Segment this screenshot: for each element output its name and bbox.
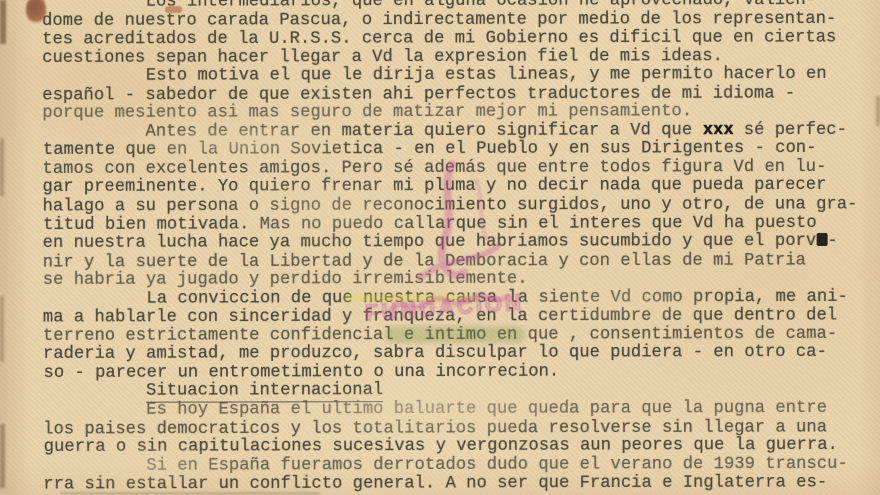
edge-stain bbox=[0, 0, 6, 44]
line-text: - bbox=[827, 232, 837, 251]
text-line: tes acreditados de la U.R.S.S. cerca de … bbox=[42, 29, 857, 50]
scanned-letter-page: Los intermediarios, que en alguna ocasio… bbox=[0, 0, 880, 495]
text-line: titud bien motivada. Mas no puedo callar… bbox=[43, 214, 858, 235]
line-text: en nuestra lucha hace ya mucho tiempo qu… bbox=[43, 232, 817, 253]
text-line: porque mesiento asi mas seguro de matiza… bbox=[42, 103, 857, 124]
text-line: tamos con excelentes amigos. Pero sé ade… bbox=[42, 159, 857, 180]
text-line: terreno estrictamente confidencial e int… bbox=[43, 326, 858, 347]
line-text: Antes de entrar en materia quiero signif… bbox=[42, 121, 702, 142]
typewritten-text: Los intermediarios, que en alguna ocasio… bbox=[42, 0, 858, 495]
overstrike-xxx: xxx bbox=[702, 121, 733, 140]
edge-stain bbox=[0, 424, 5, 488]
text-line: raderia y amistad, me produzco, sabra di… bbox=[43, 344, 858, 365]
edge-stain bbox=[876, 96, 880, 126]
line-text: sé perfec- bbox=[733, 121, 847, 140]
text-line: Los intermediarios, que en alguna ocasio… bbox=[43, 0, 858, 13]
edge-stain bbox=[0, 296, 4, 362]
text-line: so - parecer un entrometimiento o una in… bbox=[43, 363, 858, 384]
text-line: rra sin estallar un conflicto general. A… bbox=[43, 474, 858, 495]
edge-stain bbox=[0, 138, 4, 196]
ink-blot bbox=[816, 233, 827, 246]
